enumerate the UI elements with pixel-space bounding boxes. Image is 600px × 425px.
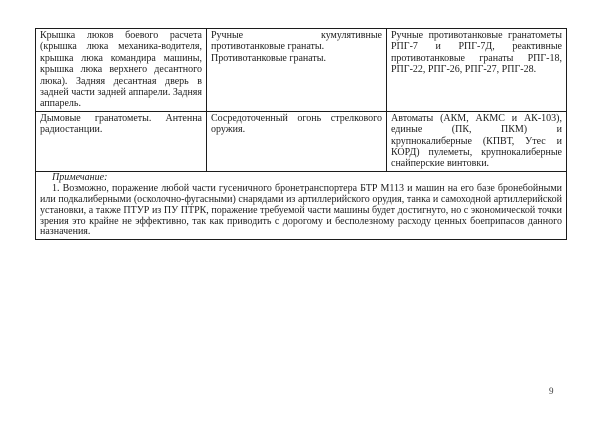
table-cell-smoke: Дымовые гранатометы. Антенна радиостанци… — [36, 111, 207, 171]
table-cell-grenades: Ручные кумулятивные противотанковые гран… — [207, 29, 387, 112]
table-cell-hatches: Крышка люков боевого расчета (крышка люк… — [36, 29, 207, 112]
note-body: 1. Возможно, поражение любой части гусен… — [40, 184, 562, 239]
cell-text: Автоматы (АКМ, АКМС и АК-103), единые (П… — [391, 113, 562, 170]
table-cell-rifles: Автоматы (АКМ, АКМС и АК-103), единые (П… — [387, 111, 567, 171]
cell-text: Сосредоточенный огонь стрелкового оружия… — [211, 113, 382, 136]
cell-text: Дымовые гранатометы. Антенна радиостанци… — [40, 113, 202, 136]
note-section: Примечание: 1. Возможно, поражение любой… — [36, 171, 567, 239]
cell-text: Противотанковые гранаты. — [211, 53, 382, 64]
cell-text: Ручные кумулятивные противотанковые гран… — [211, 30, 382, 53]
note-row: Примечание: 1. Возможно, поражение любой… — [36, 171, 567, 239]
table-row: Дымовые гранатометы. Антенна радиостанци… — [36, 111, 567, 171]
document-page: Крышка люков боевого расчета (крышка люк… — [0, 0, 600, 425]
table-cell-small-arms-fire: Сосредоточенный огонь стрелкового оружия… — [207, 111, 387, 171]
table-row: Крышка люков боевого расчета (крышка люк… — [36, 29, 567, 112]
table-cell-rpg: Ручные противотанковые гранатометы РПГ-7… — [387, 29, 567, 112]
page-number: 9 — [549, 386, 554, 397]
cell-text: Ручные противотанковые гранатометы РПГ-7… — [391, 30, 562, 76]
cell-text: Крышка люков боевого расчета (крышка люк… — [40, 30, 202, 110]
weapons-table: Крышка люков боевого расчета (крышка люк… — [35, 28, 567, 240]
